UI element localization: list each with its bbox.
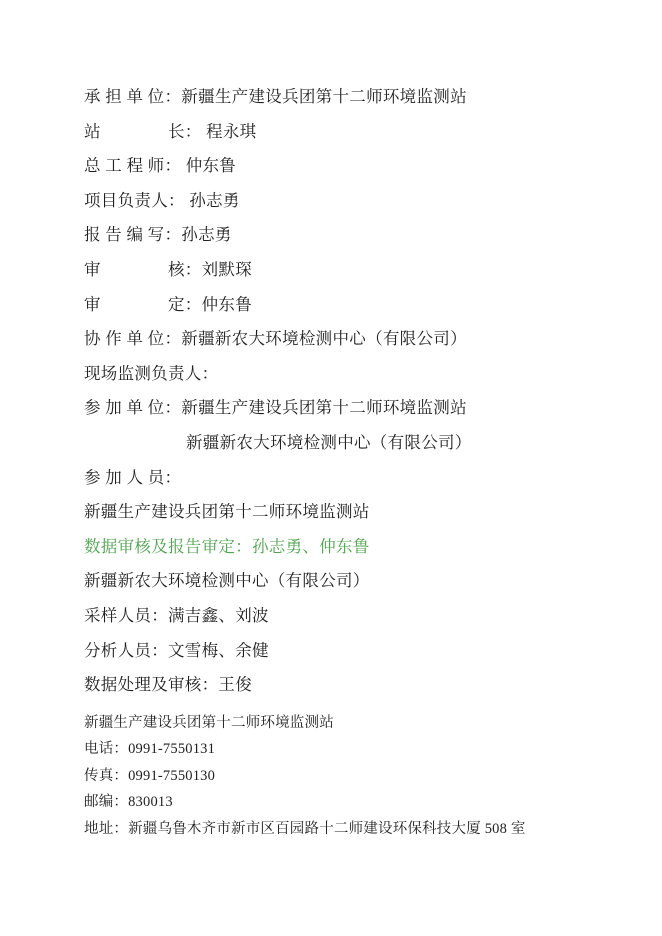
line-undertaking-unit: 承 担 单 位：新疆生产建设兵团第十二师环境监测站 (84, 80, 624, 115)
line-project-leader: 项目负责人： 孙志勇 (84, 184, 624, 219)
line-chief-engineer: 总 工 程 师： 仲东鲁 (84, 149, 624, 184)
line-site-monitoring-leader: 现场监测负责人： (84, 357, 624, 392)
line-station-chief: 站 长： 程永琪 (84, 115, 624, 150)
contact-phone: 电话：0991-7550131 (84, 736, 624, 763)
document-page: 承 担 单 位：新疆生产建设兵团第十二师环境监测站 站 长： 程永琪 总 工 程… (84, 80, 624, 843)
contact-station-name: 新疆生产建设兵团第十二师环境监测站 (84, 710, 624, 737)
line-station-name: 新疆生产建设兵团第十二师环境监测站 (84, 495, 624, 530)
line-analysis-personnel: 分析人员：文雪梅、余健 (84, 634, 624, 669)
line-participating-unit: 参 加 单 位：新疆生产建设兵团第十二师环境监测站 (84, 391, 624, 426)
line-data-processing-review: 数据处理及审核：王俊 (84, 668, 624, 703)
line-participating-unit-continued: 新疆新农大环境检测中心（有限公司） (84, 426, 624, 461)
contact-fax: 传真：0991-7550130 (84, 763, 624, 790)
line-sampling-personnel: 采样人员：满吉鑫、刘波 (84, 599, 624, 634)
contact-address: 地址：新疆乌鲁木齐市新市区百园路十二师建设环保科技大厦 508 室 (84, 816, 624, 843)
line-participants-heading: 参 加 人 员： (84, 461, 624, 496)
contact-postcode: 邮编：830013 (84, 789, 624, 816)
line-approver: 审 定：仲东鲁 (84, 288, 624, 323)
line-data-review-approval: 数据审核及报告审定：孙志勇、仲东鲁 (84, 530, 624, 565)
line-report-writer: 报 告 编 写：孙志勇 (84, 218, 624, 253)
line-company-name: 新疆新农大环境检测中心（有限公司） (84, 564, 624, 599)
line-cooperating-unit: 协 作 单 位：新疆新农大环境检测中心（有限公司） (84, 322, 624, 357)
line-reviewer: 审 核：刘默琛 (84, 253, 624, 288)
